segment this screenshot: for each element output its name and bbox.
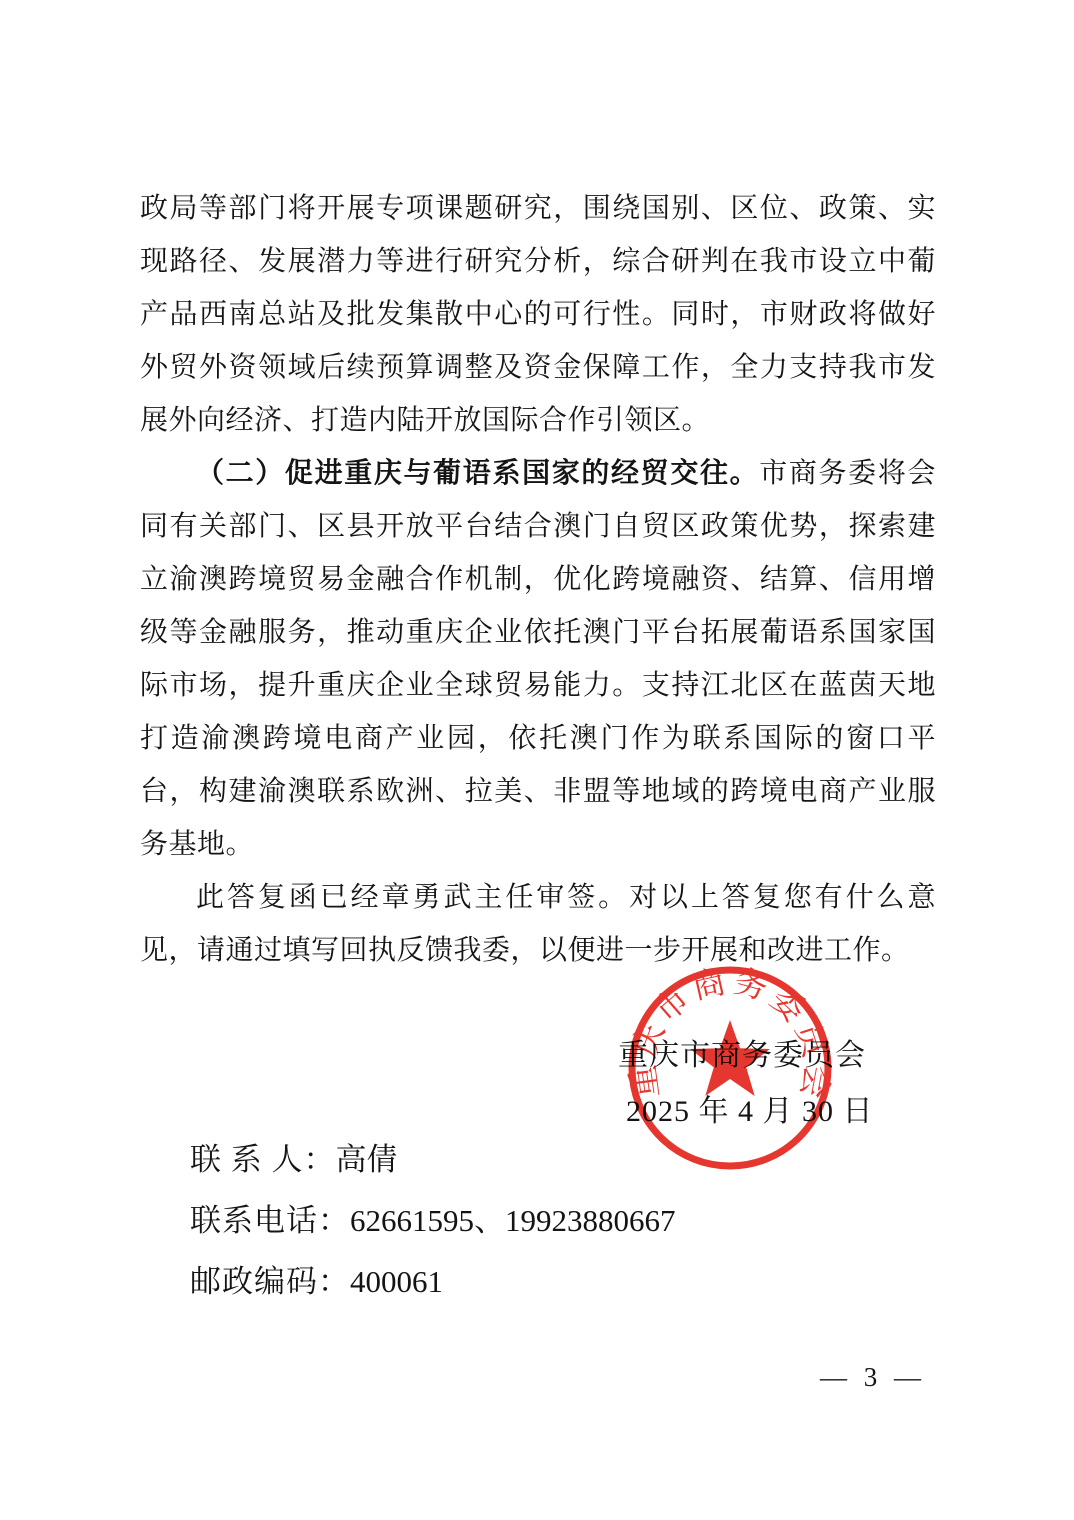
paragraph-text: 政局等部门将开展专项课题研究，围绕国别、区位、政策、实现路径、发展潜力等进行研究… (140, 193, 936, 436)
contact-phone-row: 联系电话：62661595、19923880667 (190, 1195, 676, 1240)
contact-person-value: 高倩 (336, 1142, 398, 1177)
seal-star-icon (690, 1020, 770, 1096)
contact-block: 联 系 人：高倩 联系电话：62661595、19923880667 邮政编码：… (190, 1134, 676, 1317)
contact-phone-value: 62661595、19923880667 (350, 1203, 676, 1238)
document-body: 政局等部门将开展专项课题研究，围绕国别、区位、政策、实现路径、发展潜力等进行研究… (140, 182, 936, 977)
section-heading: （二）促进重庆与葡语系国家的经贸交往。 (196, 458, 759, 489)
contact-postcode-label: 邮政编码： (190, 1264, 350, 1299)
contact-postcode-row: 邮政编码：400061 (190, 1256, 676, 1301)
paragraph-section-2: （二）促进重庆与葡语系国家的经贸交往。市商务委将会同有关部门、区县开放平台结合澳… (140, 447, 936, 871)
contact-person-label: 联 系 人： (190, 1142, 336, 1177)
contact-postcode-value: 400061 (350, 1264, 443, 1299)
document-page: 政局等部门将开展专项课题研究，围绕国别、区位、政策、实现路径、发展潜力等进行研究… (0, 0, 1074, 1520)
paragraph-continuation: 政局等部门将开展专项课题研究，围绕国别、区位、政策、实现路径、发展潜力等进行研究… (140, 182, 936, 447)
contact-person-row: 联 系 人：高倩 (190, 1134, 676, 1179)
paragraph-text: 市商务委将会同有关部门、区县开放平台结合澳门自贸区政策优势，探索建立渝澳跨境贸易… (140, 458, 936, 860)
page-number: — 3 — (820, 1362, 926, 1393)
contact-phone-label: 联系电话： (190, 1203, 350, 1238)
